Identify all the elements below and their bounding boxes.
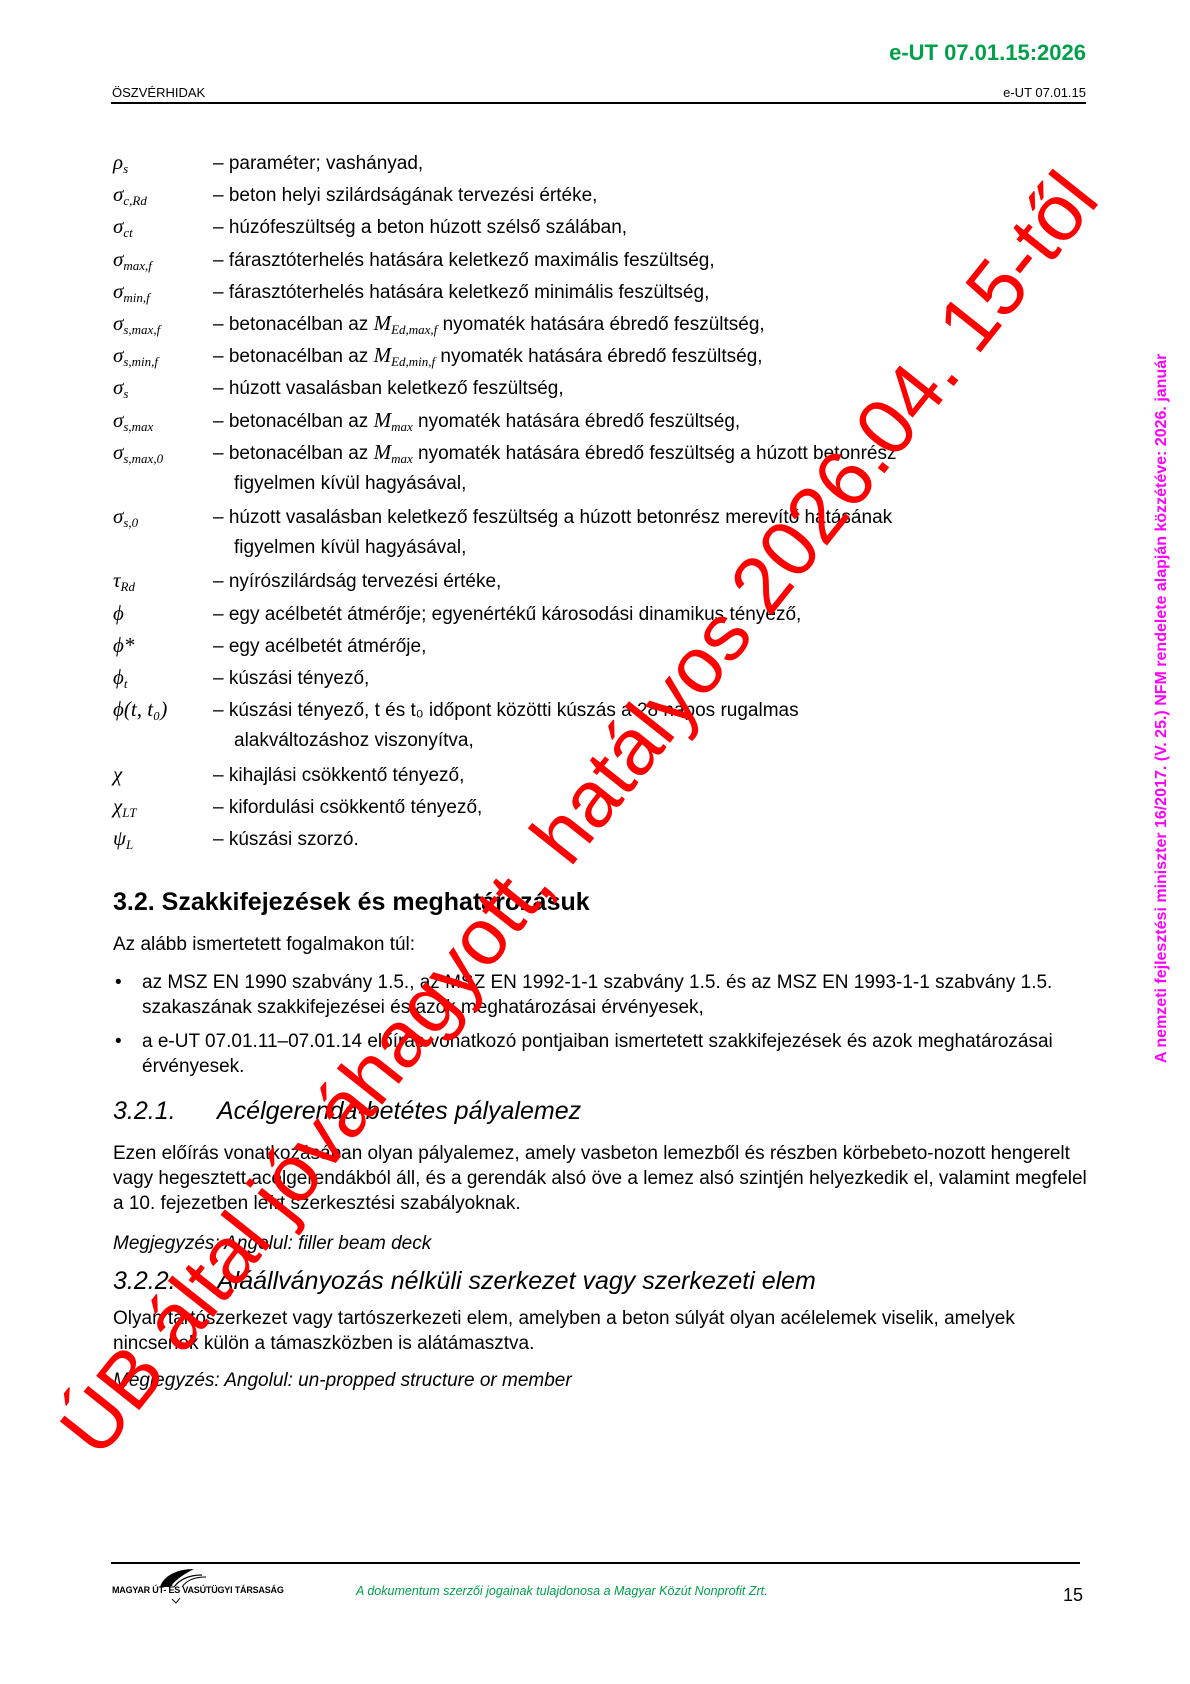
section-3-2-bullets: • az MSZ EN 1990 szabvány 1.5., az MSZ E… (113, 970, 1088, 1088)
definition-symbol: σs,0 (113, 500, 213, 539)
definition-row: ϕt– kúszási tényező, (113, 661, 1013, 693)
definition-row: τRd– nyírószilárdság tervezési értéke, (113, 564, 1013, 596)
definition-continuation: figyelmen kívül hagyásával, (113, 532, 1013, 564)
page-number: 15 (1063, 1585, 1083, 1606)
definition-symbol: ϕ* (113, 629, 213, 661)
definition-text: – kúszási tényező, (213, 663, 369, 695)
section-3-2-2-body: Olyan tartószerkezet vagy tartószerkezet… (113, 1306, 1088, 1356)
bullet-icon: • (115, 970, 122, 995)
definition-continuation: alakváltozáshoz viszonyítva, (113, 725, 1013, 757)
footer-logo: MAGYAR ÚT- ÉS VASÚTÜGYI TÁRSASÁG (112, 1565, 272, 1610)
definition-row: σct– húzófeszültség a beton húzott széls… (113, 210, 1013, 242)
definition-text: – fárasztóterhelés hatására keletkező mi… (213, 277, 709, 309)
definition-symbol: σs,max,0 (113, 436, 213, 475)
definition-row: ϕ*– egy acélbetét átmérője, (113, 629, 1013, 661)
bullet-item: • a e-UT 07.01.11–07.01.14 előírás vonat… (113, 1029, 1088, 1079)
definition-row: ϕ– egy acélbetét átmérője; egyenértékű k… (113, 597, 1013, 629)
definition-text: – nyírószilárdság tervezési értéke, (213, 566, 501, 598)
definition-row: ρs– paraméter; vashányad, (113, 146, 1013, 178)
definition-text: – fárasztóterhelés hatására keletkező ma… (213, 245, 715, 277)
doc-id: e-UT 07.01.15 (1003, 85, 1086, 100)
publication-side-note: A nemzeti fejlesztési miniszter 16/2017.… (1153, 354, 1171, 1063)
definition-text: – egy acélbetét átmérője, (213, 631, 426, 663)
definition-row: σmax,f– fárasztóterhelés hatására keletk… (113, 243, 1013, 275)
definition-symbol: ϕ (113, 597, 213, 629)
definition-row: ϕ(t, t₀)– kúszási tényező, t és t₀ időpo… (113, 693, 1013, 725)
footer-copyright: A dokumentum szerzői jogainak tulajdonos… (356, 1584, 768, 1598)
definition-row: σs,max,f– betonacélban az MEd,max,f nyom… (113, 307, 1013, 339)
definition-row: σc,Rd– beton helyi szilárdságának tervez… (113, 178, 1013, 210)
definition-row: σmin,f– fárasztóterhelés hatására keletk… (113, 275, 1013, 307)
definition-text: – húzott vasalásban keletkező feszültség… (213, 373, 564, 405)
definition-text: – kifordulási csökkentő tényező, (213, 792, 482, 824)
bullet-icon: • (115, 1029, 122, 1054)
section-3-2-intro: Az alább ismertetett fogalmakon túl: (113, 932, 1088, 957)
definition-text: – húzófeszültség a beton húzott szélső s… (213, 212, 627, 244)
definition-text: – kihajlási csökkentő tényező, (213, 760, 464, 792)
definition-text: – paraméter; vashányad, (213, 148, 423, 180)
footer-rule (111, 1562, 1080, 1564)
definition-text: – beton helyi szilárdságának tervezési é… (213, 180, 597, 212)
chapter-title: ÖSZVÉRHIDAK (112, 85, 205, 100)
standard-code: e-UT 07.01.15:2026 (889, 40, 1086, 66)
header-rule (111, 102, 1086, 104)
definition-symbol: ψL (113, 822, 213, 861)
bullet-item: • az MSZ EN 1990 szabvány 1.5., az MSZ E… (113, 970, 1088, 1020)
definition-symbol: ϕ(t, t₀) (113, 693, 213, 725)
definition-symbol: χ (113, 758, 213, 790)
definition-text: – kúszási szorzó. (213, 824, 359, 856)
